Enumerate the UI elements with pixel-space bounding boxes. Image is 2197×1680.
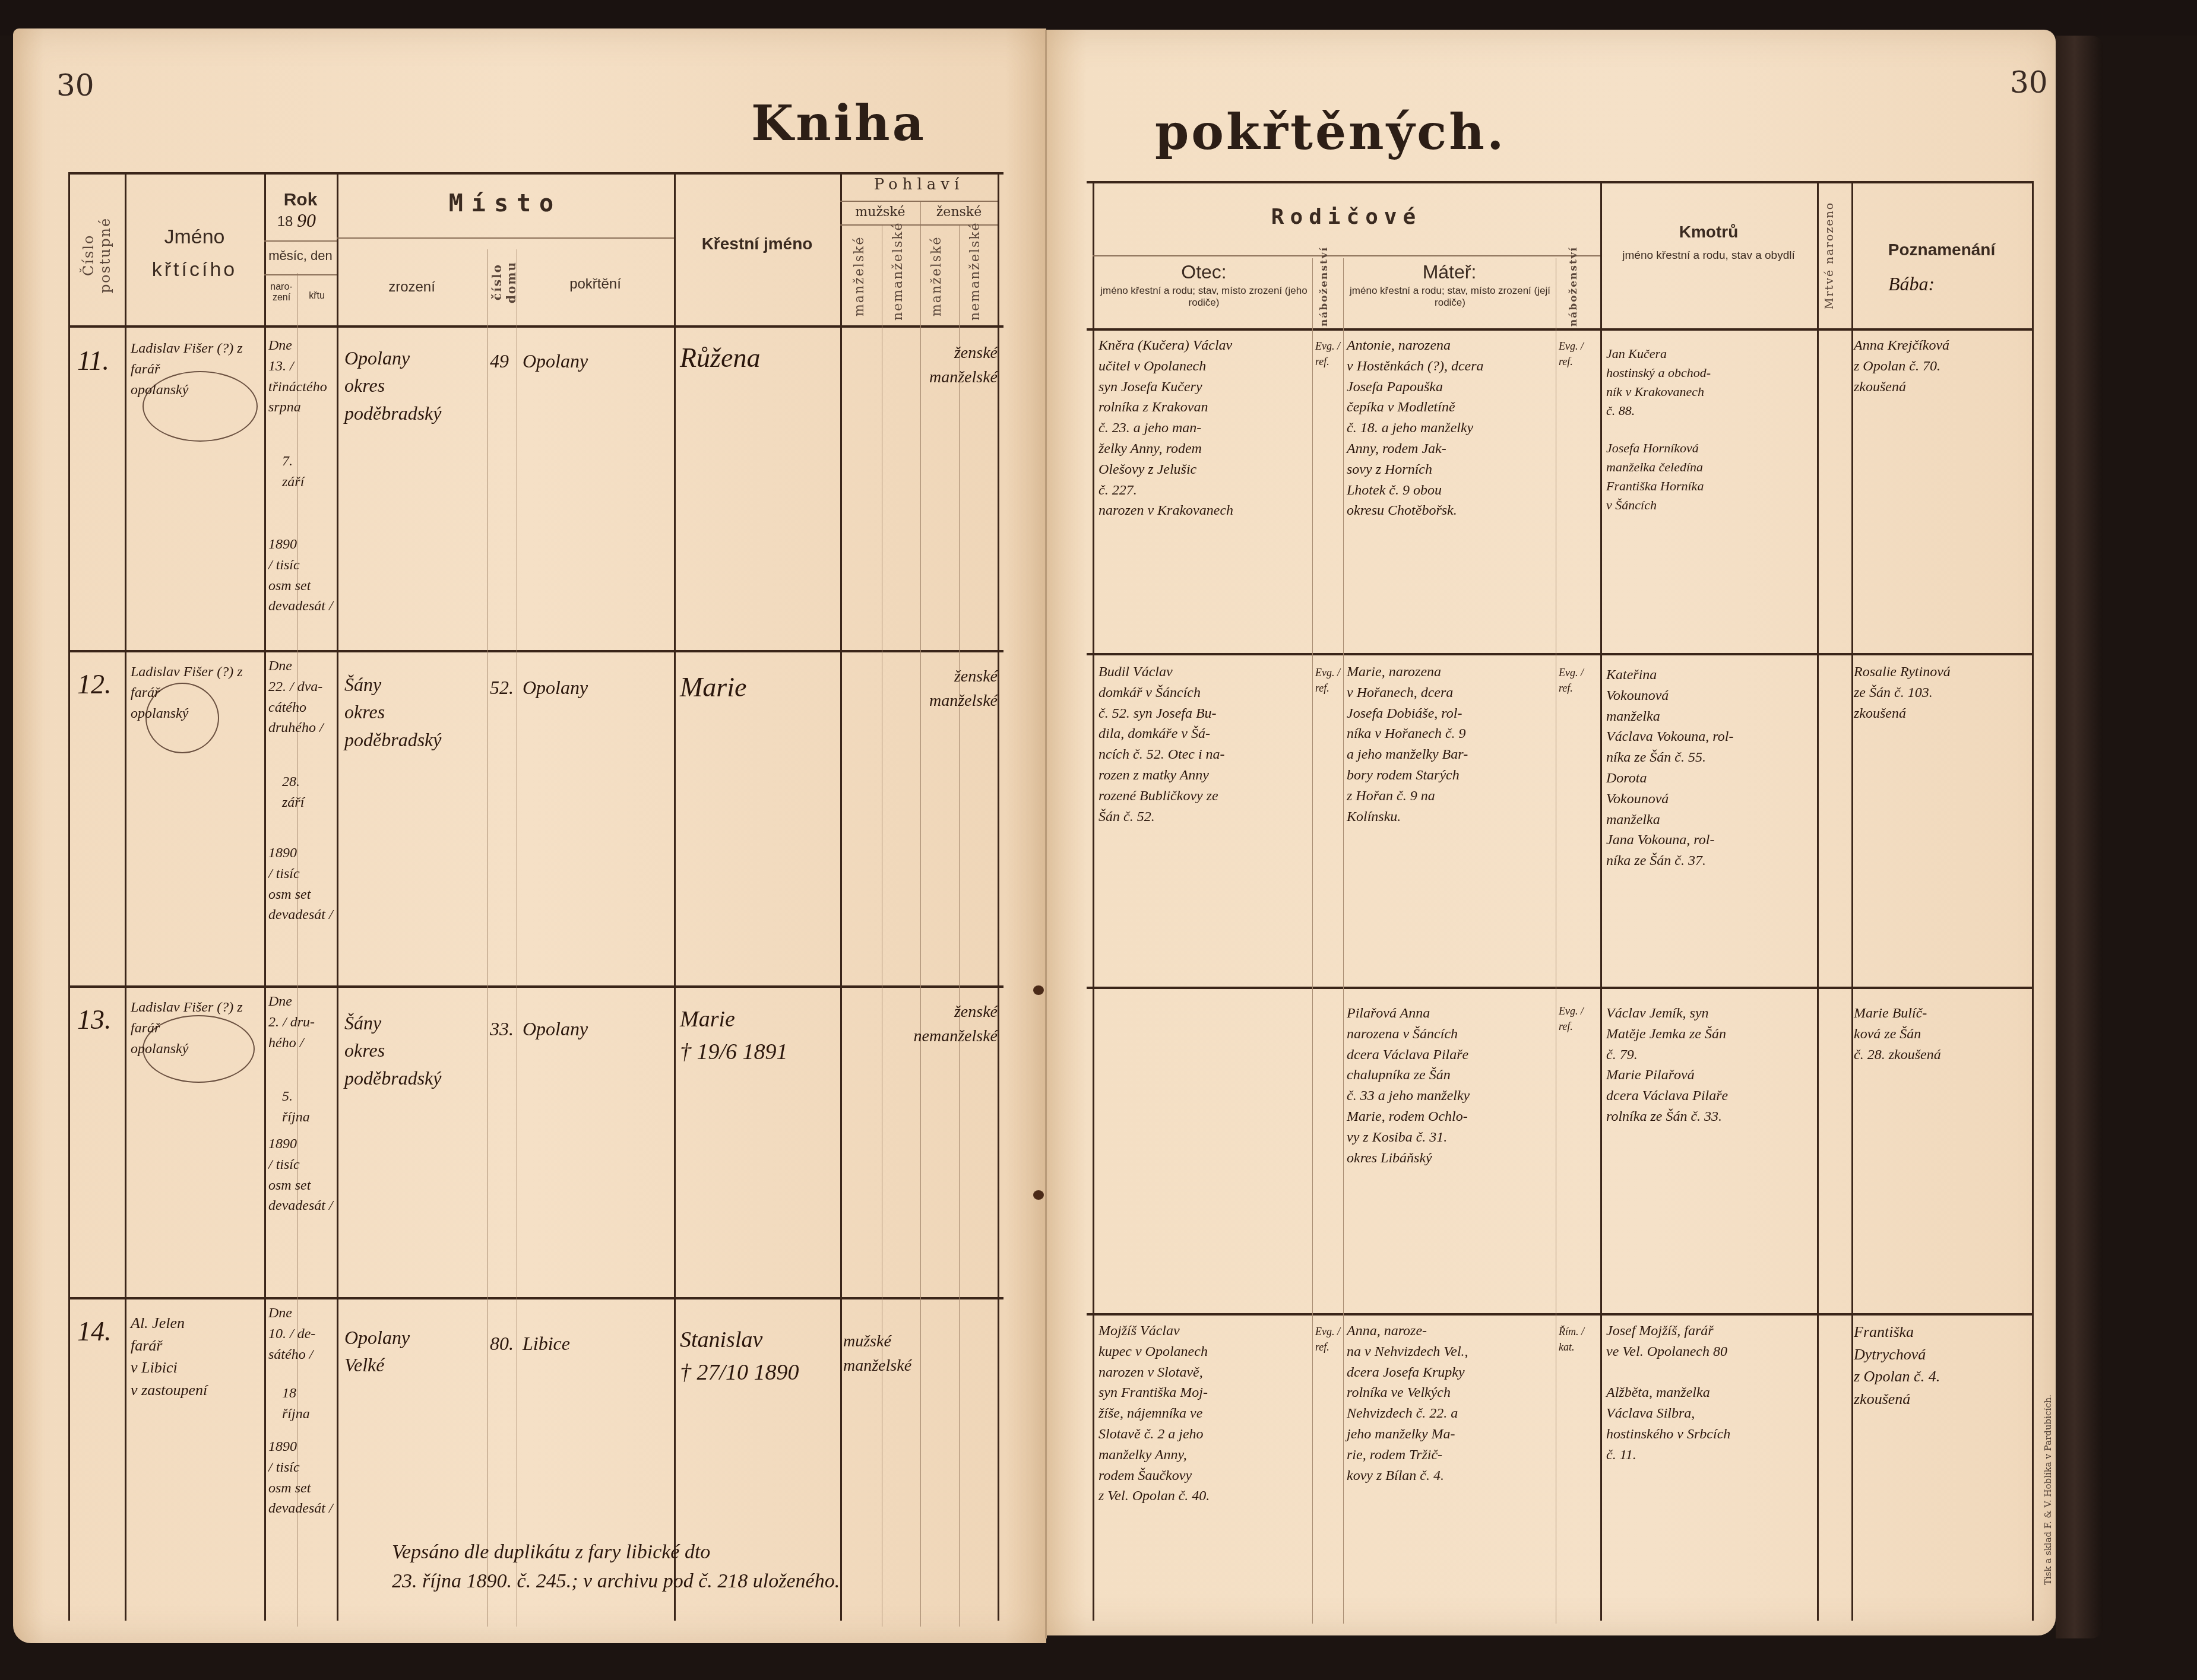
sex-legitimacy: ženské manželské (846, 665, 998, 713)
header-poznamenani: Poznamenání (1851, 240, 2032, 259)
header-subrule (264, 274, 337, 275)
col-line (264, 172, 266, 1621)
row-separator (68, 1297, 1003, 1299)
col-line (1312, 258, 1313, 1624)
midwife-note: Anna Krejčíková z Opolan č. 70. zkoušená (1854, 335, 2032, 397)
row-separator (68, 985, 1003, 988)
printer-imprint: Tisk a sklad F. & V. Hoblíka v Pardubicí… (2043, 1324, 2053, 1585)
date-baptism: 18 října (282, 1383, 335, 1425)
header-subrule (264, 240, 337, 242)
col-line (68, 172, 70, 1621)
header-otec-sub: jméno křestní a rodu; stav, místo zrozen… (1098, 285, 1309, 309)
baptism-place: Opolany (523, 674, 588, 701)
col-line (998, 172, 999, 1621)
celebrant: Ladislav Fišer (?) z farář opolanský (131, 662, 261, 724)
date-baptism: 5. října (282, 1086, 335, 1128)
col-line (1343, 258, 1344, 1624)
mother: Pilařová Anna narozena v Šáncích dcera V… (1347, 1003, 1555, 1168)
header-krestni-jmeno: Křestní jméno (674, 234, 840, 253)
header-pohlavi: Pohlaví (840, 176, 998, 194)
header-bottom-rule (68, 325, 1003, 328)
header-cislo-postupne: Číslo postupné (80, 196, 110, 315)
celebrant: Al. Jelen farář v Libici v zastoupení (131, 1312, 261, 1402)
child-name: Stanislav † 27/10 1890 (680, 1324, 799, 1389)
header-kmotru-sub: jméno křestní a rodu, stav a obydlí (1612, 249, 1805, 262)
col-line (1817, 181, 1819, 1621)
header-narozeni: naro- zení (266, 282, 297, 303)
header-krtu: křtu (297, 291, 337, 302)
mother: Marie, narozena v Hořanech, dcera Josefa… (1347, 662, 1555, 827)
year: 1890 / tisíc osm set devadesát / (268, 843, 337, 925)
page-number-left: 30 (56, 68, 94, 103)
year: 1890 / tisíc osm set devadesát / (268, 1134, 337, 1216)
col-line (1851, 181, 1853, 1621)
date-baptism: 7. září (282, 451, 335, 493)
header-zen-nemanzelske: nemanželské (968, 232, 986, 321)
entry-number: 12. (77, 665, 112, 705)
col-line (882, 226, 882, 1627)
col-line (337, 172, 338, 1621)
title-left: Kniha (751, 95, 926, 152)
col-line (1556, 258, 1556, 1624)
date-birth: Dne 2. / dru- hého / (268, 991, 337, 1053)
birth-place: Opolany Velké (344, 1324, 487, 1379)
header-mater-sub: jméno křestní a rodu; stav, místo zrozen… (1347, 285, 1553, 309)
col-line (674, 172, 676, 1621)
header-cislo-domu: číslo domu (490, 246, 514, 318)
mother-religion: Evg. / ref. (1559, 665, 1585, 696)
title-right: pokřtěných. (1155, 104, 1506, 161)
col-line (487, 249, 487, 1627)
header-muz-nemanzelske: nemanželské (891, 232, 908, 321)
row-separator (1087, 987, 2034, 989)
page-number-right: 30 (2010, 65, 2048, 100)
col-line (517, 249, 517, 1627)
header-pokrteni: pokřtění (517, 276, 674, 293)
header-nabozenstvi-otec: náboženství (1318, 261, 1337, 327)
date-birth: Dne 13. / třináctého srpna (268, 335, 337, 418)
header-rok-prefix: 18 (273, 214, 297, 230)
book-cover-edge (2056, 36, 2103, 1638)
date-birth: Dne 22. / dva- cátého druhého / (268, 656, 337, 738)
row-separator (68, 650, 1003, 652)
col-line (959, 226, 960, 1627)
book-gutter (1045, 30, 1047, 1638)
mother: Antonie, narozena v Hostěnkách (?), dcer… (1347, 335, 1555, 521)
header-subrule (1093, 255, 1600, 256)
header-nabozenstvi-mater: náboženství (1568, 261, 1587, 327)
row-separator (1087, 653, 2034, 655)
sex-legitimacy: mužské manželské (843, 1330, 998, 1378)
header-krticiho: křtícího (128, 258, 261, 281)
celebrant: Ladislav Fišer (?) z farář opolanský (131, 997, 261, 1059)
midwife-note: Františka Dytrychová z Opolan č. 4. zkou… (1854, 1321, 2032, 1410)
year: 1890 / tisíc osm set devadesát / (268, 1437, 337, 1519)
header-rok-hand: 90 (297, 207, 316, 234)
header-muz-manzelske: manželské (852, 232, 870, 321)
entry-number: 14. (77, 1312, 112, 1352)
father-religion: Evg. / ref. (1315, 338, 1342, 369)
header-baba: Bába: (1888, 270, 1935, 297)
sex-legitimacy: ženské manželské (846, 341, 998, 389)
date-baptism: 28. září (282, 772, 335, 813)
col-line (2032, 181, 2034, 1621)
house-number: 49 (490, 347, 509, 375)
header-jmeno: Jméno (128, 226, 261, 249)
house-number: 33. (490, 1015, 514, 1042)
header-rodicove: Rodičové (1093, 205, 1600, 229)
father-religion: Evg. / ref. (1315, 665, 1342, 696)
registration-footnote: Vepsáno dle duplikátu z fary libické dto… (392, 1538, 1045, 1596)
binding-stitch-hole (1033, 1190, 1044, 1200)
col-line (1093, 181, 1094, 1621)
godparents: Kateřina Vokounová manželka Václava Voko… (1606, 665, 1814, 871)
row-separator (1087, 1313, 2034, 1316)
header-zenske: ženské (920, 205, 998, 220)
midwife-note: Marie Bulíč- ková ze Šán č. 28. zkoušená (1854, 1003, 2032, 1065)
header-kmotru: Kmotrů (1600, 223, 1817, 242)
entry-number: 11. (77, 341, 109, 381)
father: Budil Václav domkář v Šáncích č. 52. syn… (1098, 662, 1309, 827)
col-line (1600, 181, 1602, 1621)
mother-religion: Evg. / ref. (1559, 338, 1585, 369)
child-name: Marie (680, 668, 746, 708)
father: Mojžíš Václav kupec v Opolanech narozen … (1098, 1321, 1309, 1507)
header-muzske: mužské (840, 205, 920, 220)
baptism-place: Opolany (523, 347, 588, 375)
header-subrule (840, 201, 998, 202)
mother: Anna, naroze- na v Nehvizdech Vel., dcer… (1347, 1321, 1555, 1486)
child-name: Růžena (680, 338, 760, 378)
godparents: Václav Jemík, syn Matěje Jemka ze Šán č.… (1606, 1003, 1814, 1127)
col-line (920, 202, 921, 1627)
header-mater: Máteř: (1343, 261, 1556, 283)
celebrant: Ladislav Fišer (?) z farář opolanský (131, 338, 261, 400)
father: Kněra (Kučera) Václav učitel v Opolanech… (1098, 335, 1309, 521)
header-bottom-rule (1087, 328, 2034, 331)
header-otec: Otec: (1096, 261, 1312, 283)
entry-number: 13. (77, 1000, 112, 1040)
header-zen-manzelske: manželské (929, 232, 947, 321)
mother-religion: Řím. / kat. (1559, 1324, 1585, 1355)
mother-religion: Evg. / ref. (1559, 1003, 1585, 1034)
godparents: Jan Kučera hostinský a obchod- ník v Kra… (1606, 344, 1814, 515)
baptism-place: Libice (523, 1330, 570, 1357)
midwife-note: Rosalie Rytinová ze Šán č. 103. zkoušená (1854, 662, 2032, 724)
sex-legitimacy: ženské nemanželské (843, 1000, 998, 1048)
col-line (840, 172, 842, 1621)
house-number: 80. (490, 1330, 514, 1357)
house-number: 52. (490, 674, 514, 701)
header-misto: Místo (337, 190, 674, 217)
birth-place: Šány okres poděbradský (344, 1009, 487, 1092)
header-zrozeni: zrození (337, 279, 487, 296)
father-religion: Evg. / ref. (1315, 1324, 1342, 1355)
birth-place: Opolany okres poděbradský (344, 344, 487, 427)
godparents: Josef Mojžíš, farář ve Vel. Opolanech 80… (1606, 1321, 1814, 1466)
header-subrule (337, 237, 674, 239)
birth-place: Šány okres poděbradský (344, 671, 487, 753)
table-top-rule (68, 172, 1003, 175)
header-mesic-den: měsíc, den (264, 248, 337, 264)
binding-stitch-hole (1033, 985, 1044, 995)
year: 1890 / tisíc osm set devadesát / (268, 534, 337, 617)
header-mrtve-narozeno: Mrtvé narozeno (1823, 196, 1847, 315)
date-birth: Dne 10. / de- sátého / (268, 1303, 337, 1365)
col-line (125, 172, 126, 1621)
table-top-rule (1087, 181, 2034, 183)
child-name: Marie † 19/6 1891 (680, 1003, 788, 1069)
baptism-place: Opolany (523, 1015, 588, 1042)
